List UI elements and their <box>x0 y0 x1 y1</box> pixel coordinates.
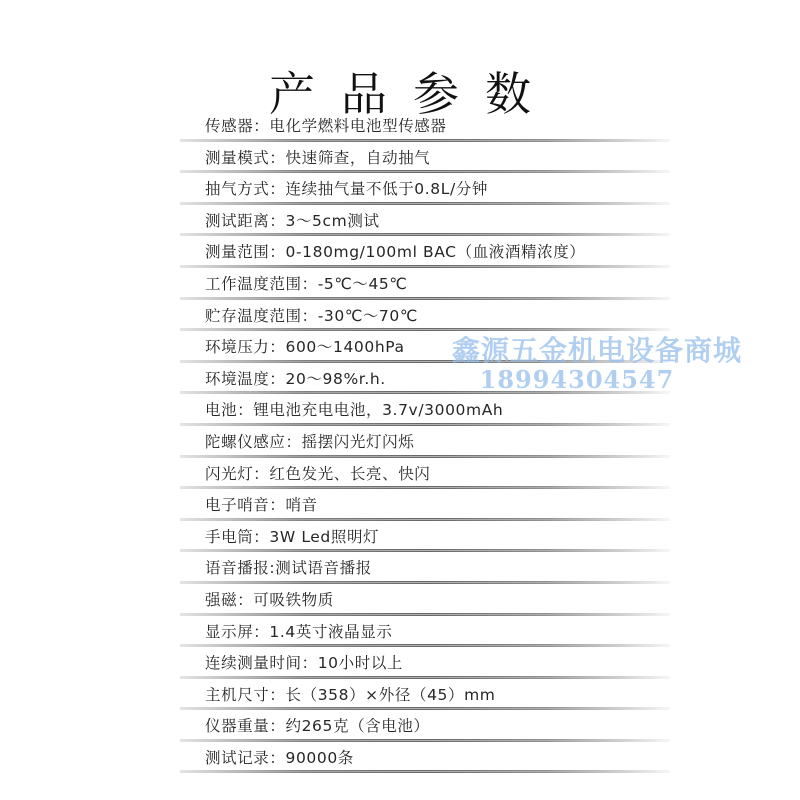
spec-text: 测试距离：3～5cm测试 <box>205 211 380 231</box>
spec-text: 传感器：电化学燃料电池型传感器 <box>205 116 447 136</box>
spec-text: 测量范围：0-180mg/100ml BAC（血液酒精浓度） <box>205 242 585 262</box>
spec-text: 主机尺寸：长（358）×外径（45）mm <box>205 685 496 705</box>
spec-row-pump-mode: 抽气方式：连续抽气量不低于0.8L/分钟 <box>180 173 670 205</box>
spec-text: 抽气方式：连续抽气量不低于0.8L/分钟 <box>205 179 488 199</box>
spec-row-magnet: 强磁：可吸铁物质 <box>180 584 670 616</box>
spec-row-flashlight: 手电筒：3W Led照明灯 <box>180 521 670 553</box>
spec-row-storage-temp: 贮存温度范围：-30℃～70℃ <box>180 300 670 332</box>
spec-row-weight: 仪器重量：约265克（含电池） <box>180 710 670 742</box>
spec-list: 传感器：电化学燃料电池型传感器 测量模式：快速筛查，自动抽气 抽气方式：连续抽气… <box>180 110 670 773</box>
spec-row-whistle: 电子哨音：哨音 <box>180 489 670 521</box>
spec-row-flash-light: 闪光灯：红色发光、长亮、快闪 <box>180 458 670 490</box>
spec-text: 仪器重量：约265克（含电池） <box>205 716 430 736</box>
spec-row-dimensions: 主机尺寸：长（358）×外径（45）mm <box>180 679 670 711</box>
spec-row-ambient-humidity: 环境温度：20～98%r.h. <box>180 363 670 395</box>
spec-row-test-records: 测试记录：90000条 <box>180 742 670 774</box>
spec-text: 强磁：可吸铁物质 <box>205 590 334 610</box>
spec-row-sensor: 传感器：电化学燃料电池型传感器 <box>180 110 670 142</box>
spec-text: 闪光灯：红色发光、长亮、快闪 <box>205 464 430 484</box>
spec-row-continuous-time: 连续测量时间：10小时以上 <box>180 647 670 679</box>
spec-text: 手电筒：3W Led照明灯 <box>205 527 379 547</box>
spec-text: 显示屏：1.4英寸液晶显示 <box>205 622 392 642</box>
spec-text: 电池：锂电池充电电池，3.7v/3000mAh <box>205 400 503 420</box>
spec-row-measure-range: 测量范围：0-180mg/100ml BAC（血液酒精浓度） <box>180 236 670 268</box>
spec-text: 测试记录：90000条 <box>205 748 354 768</box>
row-divider <box>180 770 670 773</box>
spec-row-battery: 电池：锂电池充电电池，3.7v/3000mAh <box>180 394 670 426</box>
spec-row-voice: 语音播报:测试语音播报 <box>180 552 670 584</box>
spec-row-operating-temp: 工作温度范围：-5℃～45℃ <box>180 268 670 300</box>
spec-row-display: 显示屏：1.4英寸液晶显示 <box>180 616 670 648</box>
spec-text: 测量模式：快速筛查，自动抽气 <box>205 148 430 168</box>
spec-text: 贮存温度范围：-30℃～70℃ <box>205 306 418 326</box>
spec-row-test-distance: 测试距离：3～5cm测试 <box>180 205 670 237</box>
spec-text: 电子哨音：哨音 <box>205 495 318 515</box>
spec-text: 陀螺仪感应：摇摆闪光灯闪烁 <box>205 432 414 452</box>
spec-text: 工作温度范围：-5℃～45℃ <box>205 274 407 294</box>
spec-text: 环境压力：600～1400hPa <box>205 337 405 357</box>
spec-text: 语音播报:测试语音播报 <box>205 558 372 578</box>
spec-row-measure-mode: 测量模式：快速筛查，自动抽气 <box>180 142 670 174</box>
spec-text: 环境温度：20～98%r.h. <box>205 369 386 389</box>
spec-text: 连续测量时间：10小时以上 <box>205 653 403 673</box>
spec-row-gyroscope: 陀螺仪感应：摇摆闪光灯闪烁 <box>180 426 670 458</box>
spec-row-ambient-pressure: 环境压力：600～1400hPa <box>180 331 670 363</box>
